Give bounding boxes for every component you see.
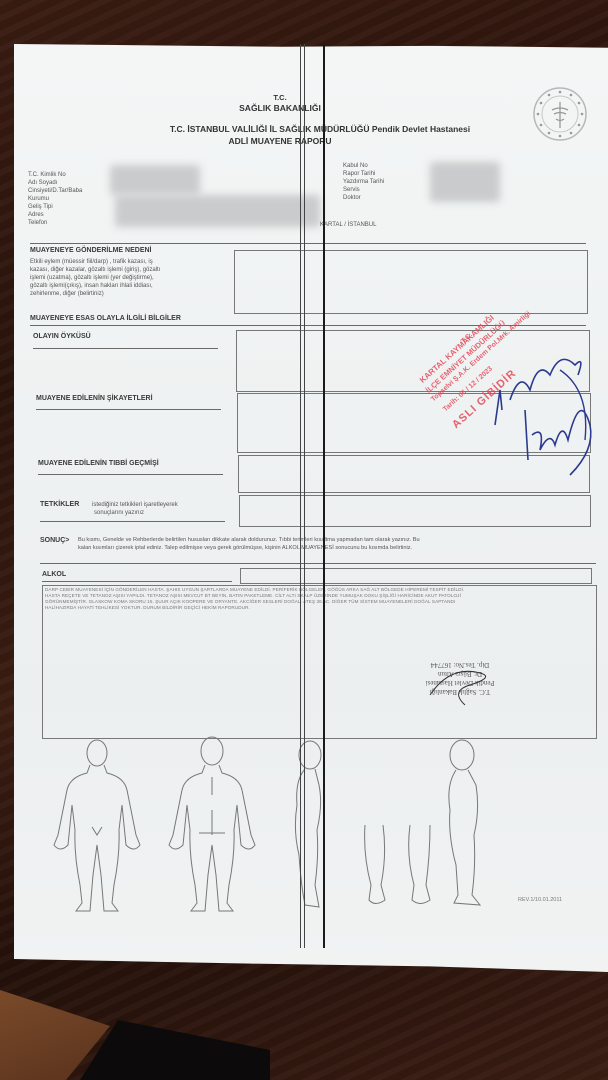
underline [40,521,225,522]
body-diagrams [40,735,600,915]
redacted-patient-details [115,195,320,227]
result-instructions: Bu kısmı, Genelde ve Rehberlerde belirti… [78,536,420,552]
report-fields: Kabul No Rapor Tarihi Yazdırma Tarihi Se… [343,162,384,202]
tests-box[interactable] [239,495,591,527]
body-leg-right-diagram [409,825,430,904]
redacted-report-details [430,162,500,202]
handwritten-signature-icon [490,330,600,480]
underline [33,348,218,349]
tests-hint: istediğiniz tetkikleri işaretleyerek son… [92,501,178,517]
referral-reason-description: Etkili eylem (müessir fiil/darp) , trafi… [30,258,160,298]
divider [30,243,586,244]
redacted-patient-id [110,165,200,195]
paper-fold-line [300,44,305,948]
page-title: ADLİ MUAYENE RAPORU [180,136,380,146]
section-title-tests: TETKİKLER [40,501,79,508]
alcohol-box[interactable] [240,568,592,584]
revision-label: REV.1/10.01.2011 [518,896,562,904]
findings-text: DARP CEBİR MUAYENESİ İÇİN GÖNDERİLEN HAS… [45,587,593,611]
body-back-diagram [169,737,255,911]
referral-reason-box[interactable] [234,250,588,314]
underline [36,409,221,410]
field-label-doctor: Doktor [343,194,384,202]
underline [38,474,223,475]
section-title-complaints: MUAYENE EDİLENİN ŞİKAYETLERİ [36,395,153,402]
field-label-acceptance-no: Kabul No [343,162,384,170]
divider [40,563,596,564]
address-city: KARTAL / İSTANBUL [320,221,376,229]
field-label-print-date: Yazdırma Tarihi [343,178,384,186]
field-label-name: Adı Soyadı [28,179,82,187]
section-title-referral-reason: MUAYENEYE GÖNDERİLME NEDENİ [30,247,151,254]
section-title-alcohol: ALKOL [42,571,66,578]
section-title-result: SONUÇ> [40,537,69,544]
section-title-medical-history: MUAYENE EDİLENİN TIBBİ GEÇMİŞİ [38,460,159,467]
field-label-institution: Kurumu [28,195,82,203]
paper-fold-line-dark [323,44,325,948]
body-leg-left-diagram [365,825,385,904]
header-tc: T.C. [230,93,330,102]
patient-fields: T.C. Kimlik No Adı Soyadı Cinsiyeti/D.Ta… [28,171,82,227]
field-label-address: Adres [28,211,82,219]
section-title-incident-info: MUAYENEYE ESAS OLAYLA İLGİLİ BİLGİLER [30,315,181,322]
section-title-incident-history: OLAYIN ÖYKÜSÜ [33,333,91,340]
field-label-phone: Telefon [28,219,82,227]
field-label-arrival-type: Geliş Tipi [28,203,82,211]
field-label-tc-kimlik: T.C. Kimlik No [28,171,82,179]
doctor-signature-icon [410,655,510,715]
field-label-gender-dob: Cinsiyeti/D.Tar/Baba [28,187,82,195]
ministry-seal-icon [532,86,588,142]
underline [42,581,232,582]
field-label-service: Servis [343,186,384,194]
body-front-diagram [54,740,140,911]
field-label-report-date: Rapor Tarihi [343,170,384,178]
header-hospital: T.C. İSTANBUL VALİLİĞİ İL SAĞLIK MÜDÜRLÜ… [110,124,530,134]
header-ministry: SAĞLIK BAKANLIĞI [200,103,360,113]
body-right-side-diagram [449,740,480,905]
